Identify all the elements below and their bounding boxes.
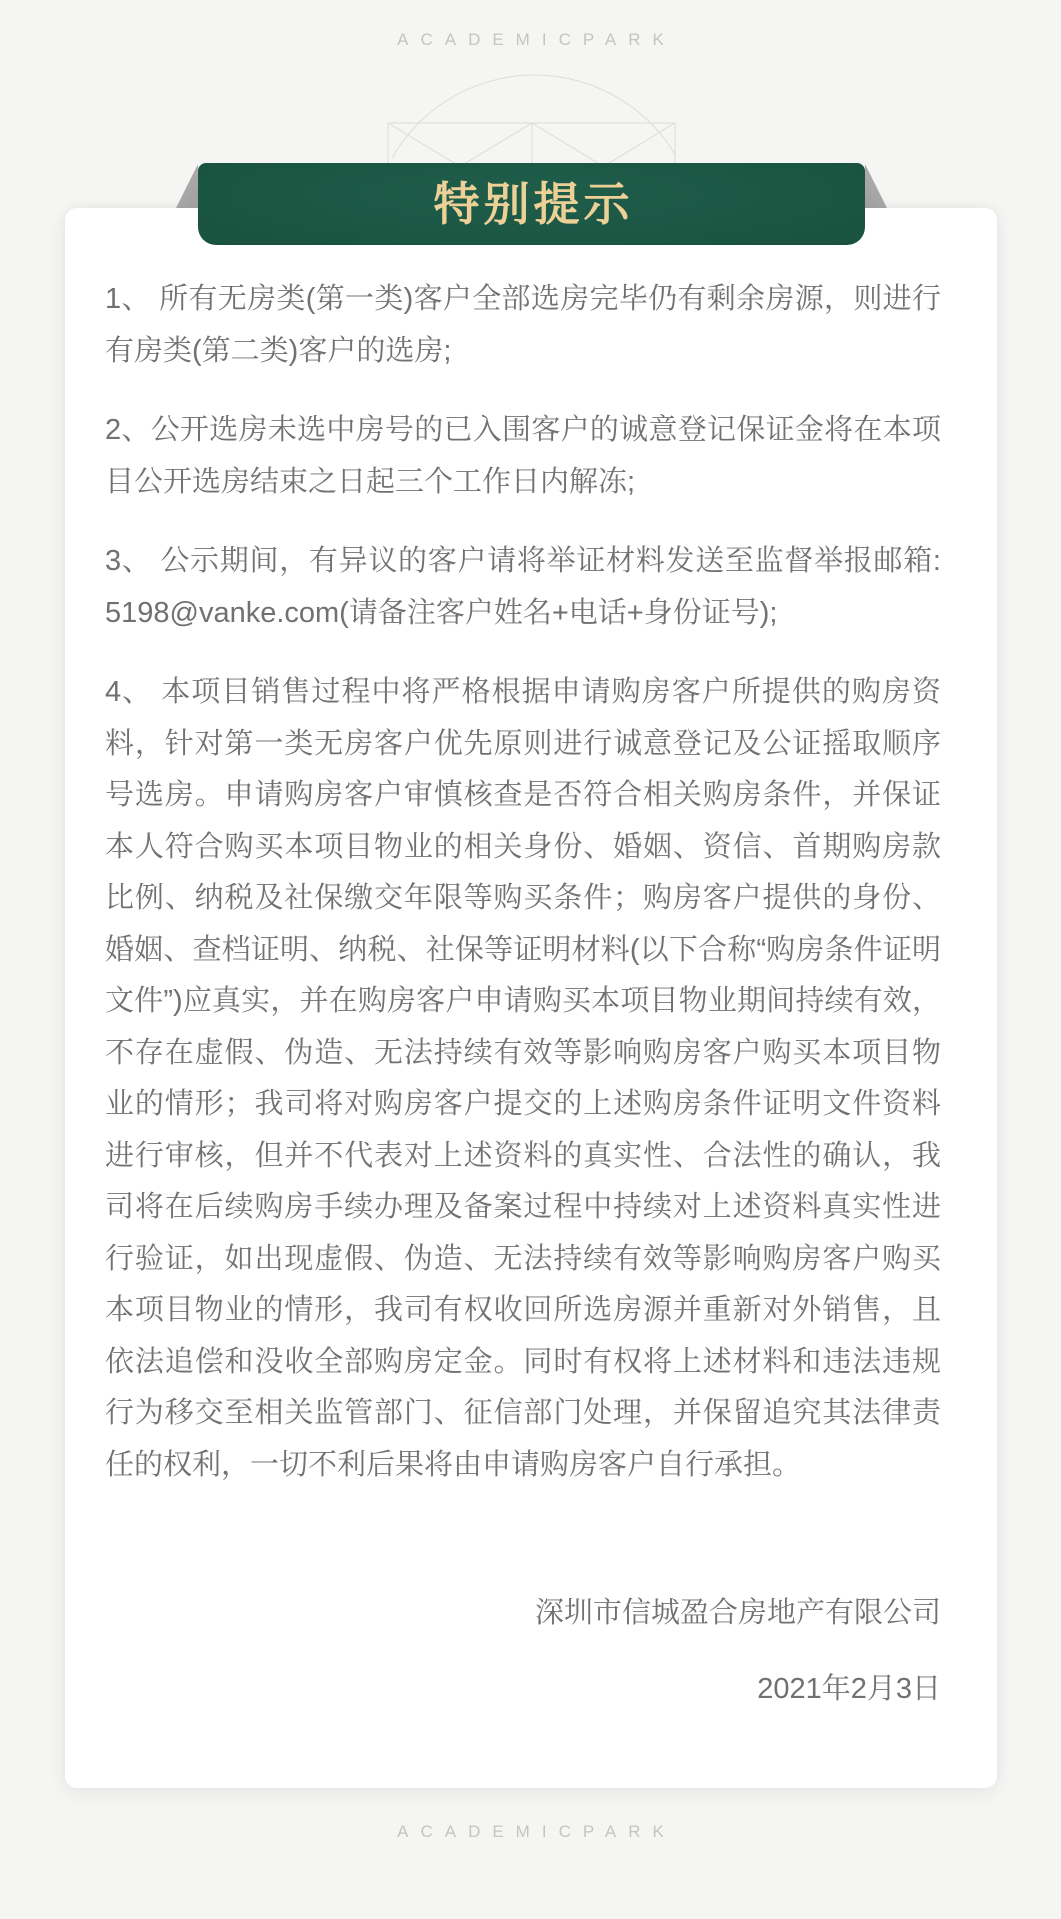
notice-poster: { "brand": { "top": "ACADEMICPARK", "bot… [0,0,1061,1919]
ribbon-fold-right [865,164,887,208]
notice-paragraph-2: 2、公开选房未选中房号的已入围客户的诚意登记保证金将在本项目公开选房结束之日起三… [105,405,941,508]
brand-wordmark-top: ACADEMICPARK [0,30,1061,50]
notice-paragraph-3: 3、 公示期间，有异议的客户请将举证材料发送至监督举报邮箱: 5198@vank… [105,536,941,639]
notice-date: 2021年2月3日 [105,1671,941,1707]
company-signature: 深圳市信城盈合房地产有限公司 [105,1595,941,1631]
notice-card: 1、 所有无房类(第一类)客户全部选房完毕仍有剩余房源，则进行有房类(第二类)客… [65,208,997,1788]
notice-banner: 特别提示 [198,163,865,245]
motif-arch-line [392,75,676,158]
ribbon-fold-left [176,164,198,208]
notice-paragraph-1: 1、 所有无房类(第一类)客户全部选房完毕仍有剩余房源，则进行有房类(第二类)客… [105,274,941,377]
signature-block: 深圳市信城盈合房地产有限公司 2021年2月3日 [105,1595,941,1707]
notice-paragraph-4: 4、 本项目销售过程中将严格根据申请购房客户所提供的购房资料，针对第一类无房客户… [105,667,941,1491]
banner-title: 特别提示 [430,181,634,227]
brand-wordmark-bottom: ACADEMICPARK [0,1822,1061,1842]
